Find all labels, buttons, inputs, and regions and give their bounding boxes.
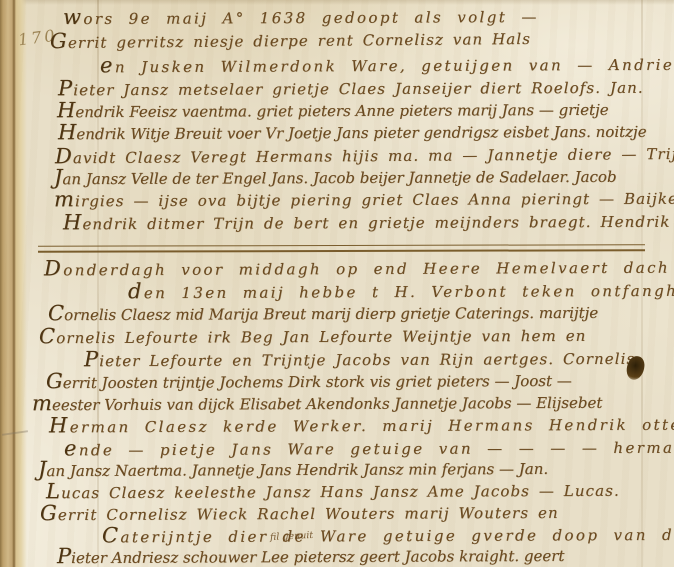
manuscript-line: Pieter Jansz metselaer grietje Claes Jan…	[58, 76, 644, 101]
manuscript-line: Herman Claesz kerde Werker. marij Herman…	[49, 413, 674, 438]
manuscript-line: Cornelis Lefourte irk Beg Jan Lefourte W…	[39, 324, 587, 348]
manuscript-line: Gerrit gerritsz niesje dierpe rent Corne…	[50, 27, 531, 53]
binding-edge	[0, 0, 27, 567]
manuscript-line: Hendrik ditmer Trijn de bert en grietje …	[63, 210, 671, 235]
manuscript-line: Hendrik Feeisz vaentma. griet pieters An…	[57, 98, 609, 122]
manuscript-line: Cornelis Claesz mid Marija Breut marij d…	[48, 301, 598, 325]
scan-top-shadow	[0, 0, 674, 5]
manuscript-page: 170 wors 9e maij A° 1638 gedoopt als vol…	[0, 0, 674, 567]
manuscript-line: Hendrik Witje Breuit voer Vr Joetje Jans…	[58, 120, 647, 145]
manuscript-line: en Jusken Wilmerdonk Ware, getuijgen van…	[100, 53, 674, 78]
manuscript-line: Donderdagh voor middagh op end Heere Hem…	[44, 256, 670, 281]
manuscript-line: Lucas Claesz keelesthe Jansz Hans Jansz …	[46, 479, 620, 504]
section-divider-rule	[38, 244, 645, 253]
manuscript-line: Caterijntje dier de Ware getuige gverde …	[102, 523, 674, 548]
manuscript-line: Jan Jansz Velle de ter Engel Jans. Jacob…	[54, 165, 617, 189]
manuscript-line: wors 9e maij A° 1638 gedoopt als volgt —	[63, 5, 539, 29]
interlinear-insertion: fil genuit	[270, 530, 314, 543]
manuscript-line: Pieter Andriesz schouwer Lee pietersz ge…	[57, 544, 565, 567]
manuscript-line: Gerrit Cornelisz Wieck Rachel Wouters ma…	[40, 501, 559, 525]
manuscript-line: Pieter Lefourte en Trijntje Jacobs van R…	[84, 347, 635, 371]
manuscript-line: den 13en maij hebbe t H. Verbont teken o…	[128, 279, 674, 303]
manuscript-line: mirgies — ijse ova bijtje piering griet …	[54, 187, 674, 212]
manuscript-line: Gerrit Joosten trijntje Jochems Dirk sto…	[46, 369, 572, 393]
manuscript-line: meester Vorhuis van dijck Elisabet Akend…	[32, 391, 602, 415]
manuscript-line: ende — pietje Jans Ware getuige van — — …	[64, 436, 674, 461]
manuscript-line: Jan Jansz Naertma. Jannetje Jans Hendrik…	[38, 457, 548, 481]
